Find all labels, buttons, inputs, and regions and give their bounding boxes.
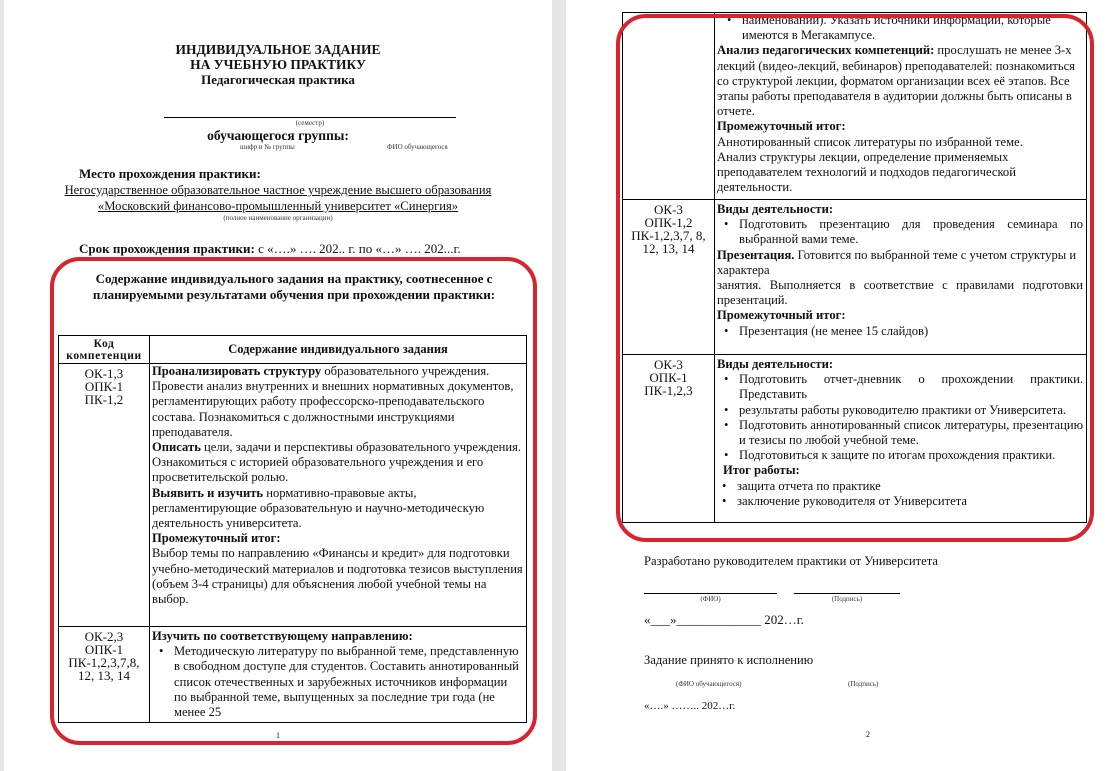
table-row: ОК-2,3 ОПК-1 ПК-1,2,3,7,8, 12, 13, 14 Из… <box>59 627 527 723</box>
analysis-paragraph: Анализ педагогических компетенций: просл… <box>717 43 1083 119</box>
table-row: ОК-3 ОПК-1,2 ПК-1,2,3,7, 8, 12, 13, 14 В… <box>623 200 1087 355</box>
title-line-2: НА УЧЕБНУЮ ПРАКТИКУ <box>4 57 552 72</box>
code: ПК-1,2 <box>59 393 149 406</box>
task-verb: Описать <box>152 440 201 454</box>
presentation-paragraph: Презентация. Готовится по выбранной теме… <box>717 248 1083 278</box>
task-content-row-2: Изучить по соответствующему направлению:… <box>150 627 527 723</box>
activities-list: Подготовить презентацию для проведения с… <box>717 217 1083 247</box>
activities-list: Подготовить отчет-дневник о прохождении … <box>717 372 1083 463</box>
table-row: наименований). Указать источники информа… <box>623 13 1087 200</box>
practice-type: Педагогическая практика <box>4 72 552 87</box>
study-list-cont: наименований). Указать источники информа… <box>717 13 1083 43</box>
student-date-line: «….» …….. 202…г. <box>644 700 735 712</box>
task-content-row-1: Проанализировать структуру образовательн… <box>150 364 527 627</box>
list-item: заключение руководителя от Университета <box>737 494 1083 509</box>
activities-heading: Виды деятельности: <box>717 357 1083 372</box>
interim-result-label: Промежуточный итог: <box>717 308 1083 323</box>
interim-result-text: Выбор темы по направлению «Финансы и кре… <box>152 546 523 607</box>
supervisor-signature-line <box>794 593 900 594</box>
interim-result-list: Презентация (не менее 15 слайдов) <box>717 324 1083 339</box>
table-row: ОК-1,3 ОПК-1 ПК-1,2 Проанализировать стр… <box>59 364 527 627</box>
organization-name: Негосударственное образовательное частно… <box>4 182 552 214</box>
student-fio-caption: (ФИО обучающегося) <box>676 680 741 688</box>
interim-result-text: Анализ структуры лекции, определение при… <box>717 150 1083 196</box>
student-caption: ФИО обучающегося <box>387 143 448 151</box>
list-item: Методическую литературу по выбранной тем… <box>174 644 523 720</box>
table-header-row: Код компетенции Содержание индивидуально… <box>59 336 527 364</box>
supervisor-fio-line <box>644 593 777 594</box>
final-result-list: защита отчета по практике заключение рук… <box>717 479 1083 509</box>
final-result-label: Итог работы: <box>717 463 1083 478</box>
task-content-row-2-cont: наименований). Указать источники информа… <box>715 13 1087 200</box>
competence-codes-row-3: ОК-3 ОПК-1,2 ПК-1,2,3,7, 8, 12, 13, 14 <box>623 200 715 355</box>
list-item-text: наименований). Указать источники информа… <box>742 13 1051 42</box>
activities-heading: Виды деятельности: <box>717 202 1083 217</box>
interim-result-label: Промежуточный итог: <box>717 119 1083 134</box>
competence-codes-row-2: ОК-2,3 ОПК-1 ПК-1,2,3,7,8, 12, 13, 14 <box>59 627 150 723</box>
fio-caption: (ФИО) <box>644 595 777 603</box>
document-page-2: наименований). Указать источники информа… <box>566 0 1112 771</box>
study-list: Методическую литературу по выбранной тем… <box>152 644 523 720</box>
task-paragraph: Ознакомиться с историей образовательного… <box>152 455 523 485</box>
list-item: защита отчета по практике <box>737 479 1083 494</box>
place-label: Место прохождения практики: <box>79 166 261 182</box>
title-line-1: ИНДИВИДУАЛЬНОЕ ЗАДАНИЕ <box>4 42 552 57</box>
list-item: Подготовиться к защите по итогам прохожд… <box>739 448 1083 463</box>
period-label: Срок прохождения практики: <box>79 241 255 256</box>
supervisor-date-line: «___»_____________ 202…г. <box>644 612 804 628</box>
header-content: Содержание индивидуального задания <box>150 336 527 364</box>
header-code: Код компетенции <box>59 336 150 364</box>
developed-by-text: Разработано руководителем практики от Ун… <box>644 554 938 569</box>
document-title: ИНДИВИДУАЛЬНОЕ ЗАДАНИЕ НА УЧЕБНУЮ ПРАКТИ… <box>4 42 552 87</box>
task-table-part-2: наименований). Указать источники информа… <box>622 12 1087 523</box>
code: 12, 13, 14 <box>59 669 149 682</box>
list-item: Подготовить презентацию для проведения с… <box>739 217 1083 247</box>
list-item: Презентация (не менее 15 слайдов) <box>739 324 1083 339</box>
student-signature-caption: (Подпись) <box>848 680 878 688</box>
task-table-part-1: Код компетенции Содержание индивидуально… <box>58 335 527 723</box>
task-content-row-3: Виды деятельности: Подготовить презентац… <box>715 200 1087 355</box>
study-heading: Изучить по соответствующему направлению: <box>152 629 523 644</box>
group-caption: шифр и № группы <box>240 143 295 151</box>
competence-codes-row-2-cont <box>623 13 715 200</box>
list-item: наименований). Указать источники информа… <box>742 13 1083 43</box>
list-item: Подготовить отчет-дневник о прохождении … <box>739 372 1083 402</box>
task-paragraph: Проанализировать структуру образовательн… <box>152 364 523 440</box>
accepted-text: Задание принято к исполнению <box>644 653 813 668</box>
task-verb: Выявить и изучить <box>152 486 263 500</box>
analysis-label: Анализ педагогических компетенций: <box>717 43 934 57</box>
competence-codes-row-1: ОК-1,3 ОПК-1 ПК-1,2 <box>59 364 150 627</box>
code: 12, 13, 14 <box>623 242 714 255</box>
page-number: 1 <box>4 731 552 740</box>
section-heading: Содержание индивидуального задания на пр… <box>44 271 544 303</box>
interim-result-label: Промежуточный итог: <box>152 531 523 546</box>
org-line-2: «Московский финансово-промышленный униве… <box>98 199 458 213</box>
task-paragraph: Выявить и изучить нормативно-правовые ак… <box>152 486 523 532</box>
task-text: цели, задачи и перспективы образовательн… <box>201 440 521 454</box>
signature-caption: (Подпись) <box>794 595 900 603</box>
org-line-1: Негосударственное образовательное частно… <box>65 183 492 197</box>
period-value: с «….» …. 202.. г. по «…» …. 202...г. <box>255 241 461 256</box>
practice-period: Срок прохождения практики: с «….» …. 202… <box>79 241 461 257</box>
group-label: обучающегося группы: <box>4 128 552 144</box>
page-number: 2 <box>566 730 1112 739</box>
document-page-1: ИНДИВИДУАЛЬНОЕ ЗАДАНИЕ НА УЧЕБНУЮ ПРАКТИ… <box>4 0 552 771</box>
interim-result-text: Аннотированный список литературы по избр… <box>717 135 1083 150</box>
semester-line <box>164 117 456 118</box>
section-heading-line-2: планируемыми результатами обучения при п… <box>44 287 544 303</box>
semester-caption: (семестр) <box>164 119 456 127</box>
task-paragraph: Описать цели, задачи и перспективы образ… <box>152 440 523 455</box>
list-item: Подготовить аннотированный список литера… <box>739 418 1083 448</box>
table-row: ОК-3 ОПК-1 ПК-1,2,3 Виды деятельности: П… <box>623 355 1087 523</box>
competence-codes-row-4: ОК-3 ОПК-1 ПК-1,2,3 <box>623 355 715 523</box>
presentation-label: Презентация. <box>717 248 794 262</box>
code: ПК-1,2,3 <box>623 384 714 397</box>
task-verb: Проанализировать структуру <box>152 364 321 378</box>
section-heading-line-1: Содержание индивидуального задания на пр… <box>44 271 544 287</box>
list-item: результаты работы руководителю практики … <box>739 403 1083 418</box>
presentation-text: занятия. Выполняется в соответствие с пр… <box>717 278 1083 308</box>
task-content-row-4: Виды деятельности: Подготовить отчет-дне… <box>715 355 1087 523</box>
org-caption: (полное наименование организации) <box>4 214 552 222</box>
